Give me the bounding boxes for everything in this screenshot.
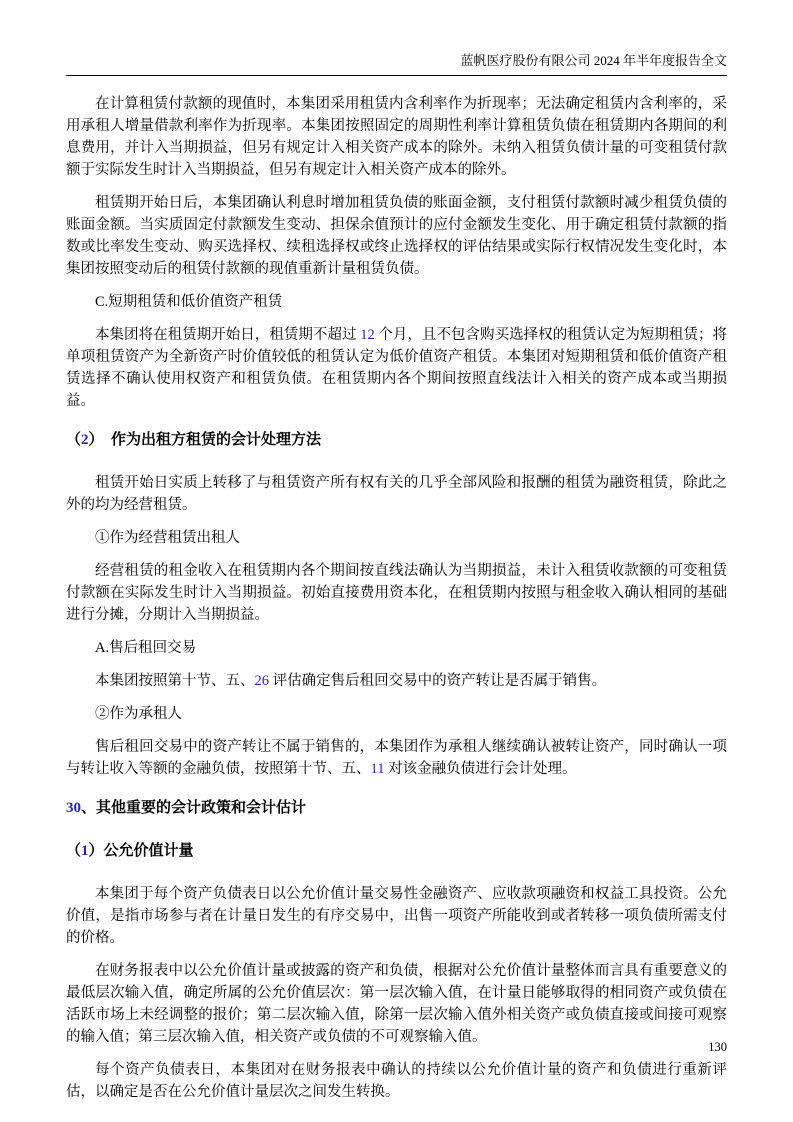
paragraph: 在财务报表中以公允价值计量或披露的资产和负债，根据对公允价值计量整体而言具有重要… <box>66 960 727 1048</box>
text-run: （ <box>66 843 81 859</box>
text-run: ②作为承租人 <box>95 706 182 722</box>
paragraph: 经营租赁的租金收入在租赁期内各个期间按直线法确认为当期损益，未计入租赁收款额的可… <box>66 560 727 626</box>
text-run: 、其他重要的会计政策和会计估计 <box>81 800 306 816</box>
section-heading: （2） 作为出租方租赁的会计处理方法 <box>66 429 727 451</box>
page-header: 蓝帆医疗股份有限公司 2024 年半年度报告全文 <box>66 52 727 76</box>
text-run: 在计算租赁付款额的现值时，本集团采用租赁内含利率作为折现率；无法确定租赁内含利率… <box>66 96 727 178</box>
section-heading: （1）公允价值计量 <box>66 840 727 862</box>
section-heading: 30、其他重要的会计政策和会计估计 <box>66 797 727 819</box>
text-run: 在财务报表中以公允价值计量或披露的资产和负债，根据对公允价值计量整体而言具有重要… <box>66 963 727 1045</box>
text-run: ）公允价值计量 <box>89 843 194 859</box>
page-number: 130 <box>708 1040 727 1054</box>
reference-number: 26 <box>255 673 270 689</box>
paragraph: C.短期租赁和低价值资产租赁 <box>66 291 727 313</box>
report-title: 蓝帆医疗股份有限公司 2024 年半年度报告全文 <box>460 53 727 68</box>
text-run: C.短期租赁和低价值资产租赁 <box>95 294 282 310</box>
report-page: 蓝帆医疗股份有限公司 2024 年半年度报告全文 在计算租赁付款额的现值时，本集… <box>0 0 793 1122</box>
text-run: 本集团按照第十节、五、 <box>95 673 255 689</box>
reference-number: 2 <box>81 432 89 448</box>
reference-number: 1 <box>81 843 89 859</box>
text-run: ①作为经营租赁出租人 <box>95 530 240 546</box>
reference-number: 12 <box>360 327 375 343</box>
text-run: 本集团于每个资产负债表日以公允价值计量交易性金融资产、应收款项融资和权益工具投资… <box>66 886 727 946</box>
paragraph: 租赁开始日实质上转移了与租赁资产所有权有关的几乎全部风险和报酬的租赁为融资租赁，… <box>66 472 727 516</box>
reference-number: 30 <box>66 800 81 816</box>
paragraph: 在计算租赁付款额的现值时，本集团采用租赁内含利率作为折现率；无法确定租赁内含利率… <box>66 93 727 181</box>
paragraph: ②作为承租人 <box>66 703 727 725</box>
paragraph: 每个资产负债表日，本集团对在财务报表中确认的持续以公允价值计量的资产和负债进行重… <box>66 1059 727 1103</box>
text-run: 对该金融负债进行会计处理。 <box>384 761 576 777</box>
document-body: 在计算租赁付款额的现值时，本集团采用租赁内含利率作为折现率；无法确定租赁内含利率… <box>66 93 727 1103</box>
text-run: （ <box>66 432 81 448</box>
text-run: ） 作为出租方租赁的会计处理方法 <box>89 432 322 448</box>
text-run: 评估确定售后租回交易中的资产转让是否属于销售。 <box>269 673 606 689</box>
paragraph: ①作为经营租赁出租人 <box>66 527 727 549</box>
text-run: A.售后租回交易 <box>95 640 196 656</box>
paragraph: 售后租回交易中的资产转让不属于销售的，本集团作为承租人继续确认被转让资产，同时确… <box>66 736 727 780</box>
text-run: 租赁期开始日后，本集团确认利息时增加租赁负债的账面金额，支付租赁付款额时减少租赁… <box>66 195 727 277</box>
paragraph: 本集团于每个资产负债表日以公允价值计量交易性金融资产、应收款项融资和权益工具投资… <box>66 883 727 949</box>
paragraph: A.售后租回交易 <box>66 637 727 659</box>
text-run: 本集团将在租赁期开始日，租赁期不超过 <box>95 327 360 343</box>
paragraph: 租赁期开始日后，本集团确认利息时增加租赁负债的账面金额，支付租赁付款额时减少租赁… <box>66 192 727 280</box>
text-run: 每个资产负债表日，本集团对在财务报表中确认的持续以公允价值计量的资产和负债进行重… <box>66 1062 727 1100</box>
page-footer: 130 <box>708 1040 727 1054</box>
reference-number: 11 <box>371 761 385 777</box>
text-run: 经营租赁的租金收入在租赁期内各个期间按直线法确认为当期损益，未计入租赁收款额的可… <box>66 563 727 623</box>
text-run: 租赁开始日实质上转移了与租赁资产所有权有关的几乎全部风险和报酬的租赁为融资租赁，… <box>66 475 727 513</box>
paragraph: 本集团按照第十节、五、26 评估确定售后租回交易中的资产转让是否属于销售。 <box>66 670 727 692</box>
paragraph: 本集团将在租赁期开始日，租赁期不超过 12 个月，且不包含购买选择权的租赁认定为… <box>66 324 727 412</box>
